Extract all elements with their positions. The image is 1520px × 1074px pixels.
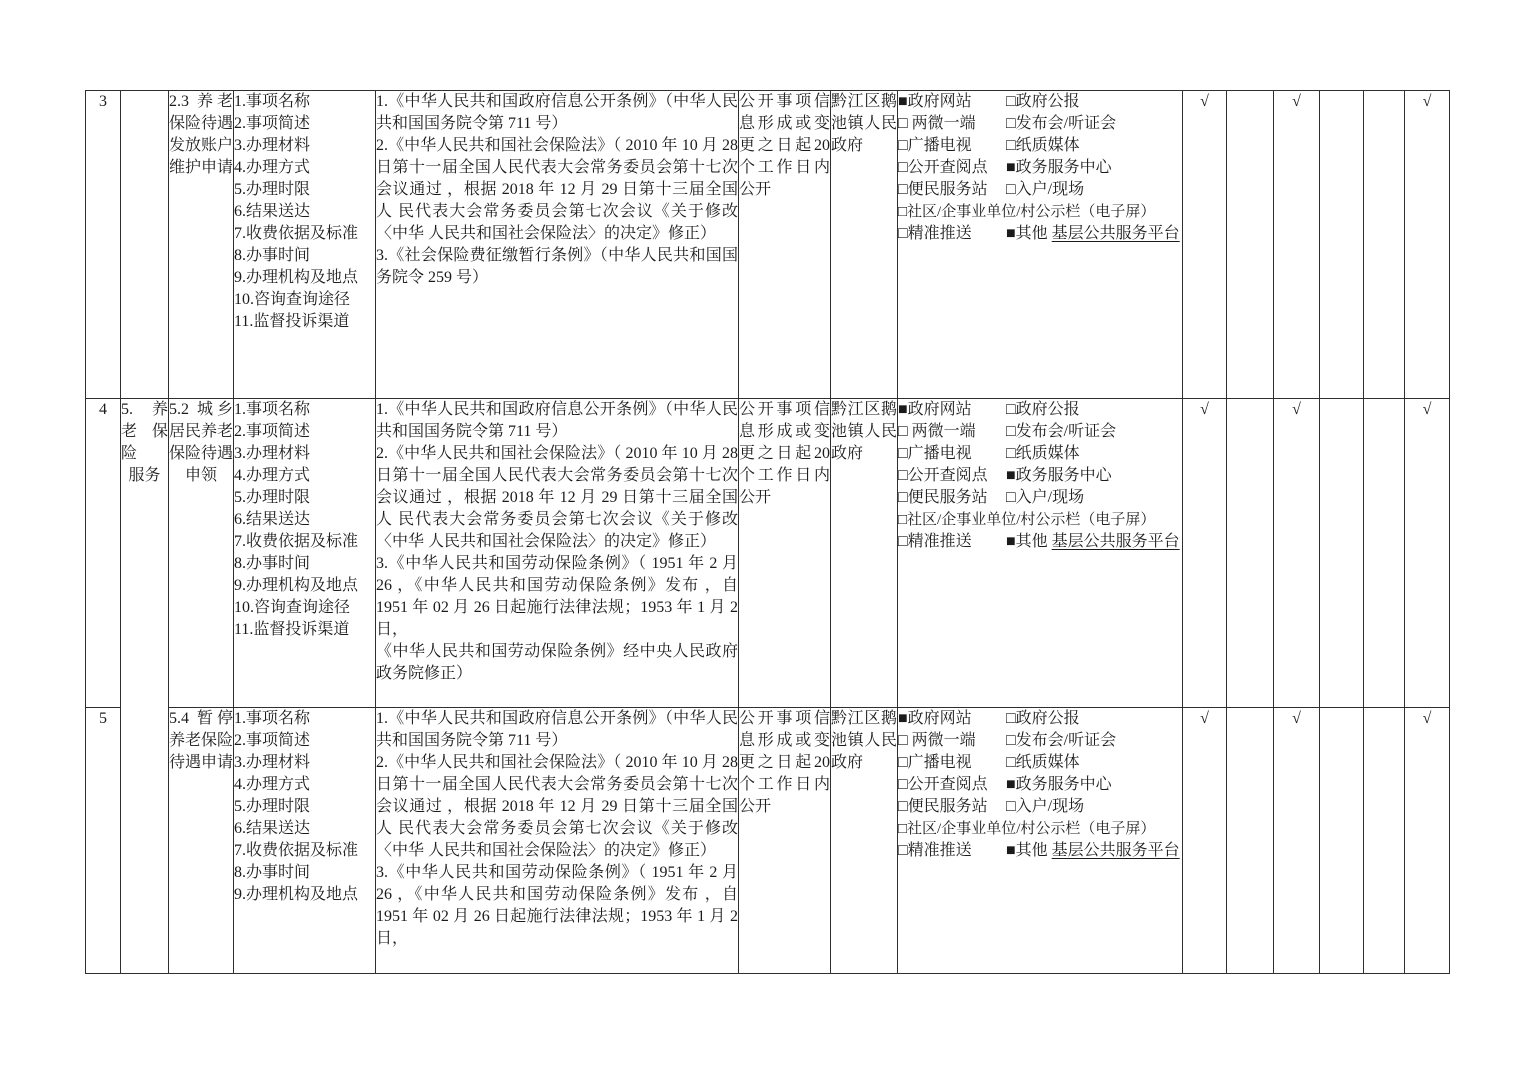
check-cell — [1227, 91, 1274, 399]
check-cell — [1320, 91, 1364, 399]
check-cell — [1227, 399, 1274, 708]
publish-time-cell: 公开事项信息形成或变更之日起20 个工作日内 公开 — [739, 399, 831, 708]
channel-option: □发布会/听证会 — [1006, 115, 1116, 132]
check-mark: √ — [1423, 401, 1432, 418]
check-mark: √ — [1200, 710, 1209, 727]
publish-subject: 黔江区鹅池镇人民政府 — [831, 401, 897, 462]
channel-option: □精准推送 — [898, 840, 1006, 862]
content-item: 9.办理机构及地点 — [234, 267, 375, 289]
channel-option: □发布会/听证会 — [1006, 423, 1116, 440]
legal-basis-cell: 1.《中华人民共和国政府信息公开条例》（中华人民 共和国国务院令第 711 号）… — [376, 708, 739, 974]
category-label: 5. 养老保险 — [121, 399, 168, 465]
channel-option: □社区/企事业单位/村公示栏（电子屏） — [898, 201, 1182, 223]
legal-paragraph: 3.《中华人民共和国劳动保险条例》（ 1951 年 2 月 26 ，《中华人民共… — [376, 553, 738, 641]
check-cell — [1364, 91, 1405, 399]
content-item: 2.事项简述 — [234, 730, 375, 752]
content-item: 7.收费依据及标准 — [234, 531, 375, 553]
check-cell — [1320, 399, 1364, 708]
content-item: 5.办理时限 — [234, 487, 375, 509]
check-cell: √ — [1183, 708, 1227, 974]
publish-subject-cell: 黔江区鹅池镇人民政府 — [831, 708, 898, 974]
seq-number: 5 — [99, 710, 107, 727]
content-item: 9.办理机构及地点 — [234, 884, 375, 906]
content-item: 6.结果送达 — [234, 818, 375, 840]
channels-cell: ■政府网站□政府公报 □ 两微一端□发布会/听证会 □广播电视□纸质媒体 □公开… — [898, 399, 1183, 708]
legal-paragraph: 3.《社会保险费征缴暂行条例》（中华人民共和国国务院令 259 号） — [376, 245, 738, 289]
check-cell — [1364, 399, 1405, 708]
check-cell: √ — [1405, 399, 1450, 708]
check-mark: √ — [1423, 93, 1432, 110]
check-mark: √ — [1292, 401, 1301, 418]
content-item: 3.办理材料 — [234, 135, 375, 157]
item-name: 2.3 养老保险待遇发放账户维护申请 — [169, 93, 233, 176]
channel-option: □纸质媒体 — [1006, 754, 1080, 771]
check-cell: √ — [1274, 399, 1320, 708]
channel-option: □便民服务站 — [898, 487, 1006, 509]
channel-option: □入户/现场 — [1006, 798, 1084, 815]
content-elements-cell: 1.事项名称 2.事项简述 3.办理材料 4.办理方式 5.办理时限 6.结果送… — [234, 708, 376, 974]
item-name-cell: 5.2 城乡居民养老保险待遇申领 — [169, 399, 234, 708]
channel-option: ■政务服务中心 — [1006, 776, 1112, 793]
channel-option: □ 两微一端 — [898, 730, 1006, 752]
content-item: 4.办理方式 — [234, 774, 375, 796]
channel-option: □ 两微一端 — [898, 113, 1006, 135]
channel-option: □广播电视 — [898, 135, 1006, 157]
channel-option: □纸质媒体 — [1006, 137, 1080, 154]
content-item: 1.事项名称 — [234, 91, 375, 113]
legal-basis-cell: 1.《中华人民共和国政府信息公开条例》（中华人民 共和国国务院令第 711 号）… — [376, 399, 739, 708]
legal-paragraph: 2.《中华人民共和国社会保险法》（ 2010 年 10 月 28 日第十一届全国… — [376, 135, 738, 245]
content-item: 9.办理机构及地点 — [234, 575, 375, 597]
check-cell: √ — [1274, 708, 1320, 974]
table-row: 4 5. 养老保险 服务 5.2 城乡居民养老保险待遇申领 1.事项名称 2.事… — [86, 399, 1450, 708]
channel-option: □便民服务站 — [898, 179, 1006, 201]
content-elements-cell: 1.事项名称 2.事项简述 3.办理材料 4.办理方式 5.办理时限 6.结果送… — [234, 399, 376, 708]
channel-option: ■政府网站 — [898, 708, 1006, 730]
channel-option: □公开查阅点 — [898, 465, 1006, 487]
channel-option: □精准推送 — [898, 531, 1006, 553]
check-mark: √ — [1200, 93, 1209, 110]
channel-other-fill: 基层公共服务平台 — [1052, 842, 1180, 859]
channel-option: ■政务服务中心 — [1006, 159, 1112, 176]
publish-time: 公开事项信息形成或变更之日起20 个工作日内 公开 — [739, 401, 830, 506]
check-cell: √ — [1183, 399, 1227, 708]
content-item: 1.事项名称 — [234, 399, 375, 421]
check-cell — [1364, 708, 1405, 974]
check-cell — [1227, 708, 1274, 974]
channel-option: □便民服务站 — [898, 796, 1006, 818]
legal-paragraph: 2.《中华人民共和国社会保险法》（ 2010 年 10 月 28 日第十一届全国… — [376, 443, 738, 553]
seq-cell: 4 — [86, 399, 121, 708]
content-item: 6.结果送达 — [234, 509, 375, 531]
channel-option: □广播电视 — [898, 752, 1006, 774]
channel-option: □纸质媒体 — [1006, 445, 1080, 462]
channel-option: ■其他 — [1006, 842, 1048, 859]
content-item: 8.办事时间 — [234, 862, 375, 884]
check-mark: √ — [1292, 710, 1301, 727]
content-item: 5.办理时限 — [234, 179, 375, 201]
channel-option: □政府公报 — [1006, 710, 1080, 727]
channels-cell: ■政府网站□政府公报 □ 两微一端□发布会/听证会 □广播电视□纸质媒体 □公开… — [898, 708, 1183, 974]
legal-paragraph: 3.《中华人民共和国劳动保险条例》（ 1951 年 2 月 26 ，《中华人民共… — [376, 862, 738, 950]
channel-other-fill: 基层公共服务平台 — [1052, 225, 1180, 242]
publish-time-cell: 公开事项信息形成或变更之日起20 个工作日内 公开 — [739, 91, 831, 399]
check-mark: √ — [1423, 710, 1432, 727]
seq-number: 3 — [99, 93, 107, 110]
content-item: 6.结果送达 — [234, 201, 375, 223]
disclosure-table: 3 2.3 养老保险待遇发放账户维护申请 1.事项名称 2.事项简述 3.办理材… — [85, 90, 1450, 974]
channel-option: □发布会/听证会 — [1006, 732, 1116, 749]
channel-option: □入户/现场 — [1006, 489, 1084, 506]
publish-time: 公开事项信息形成或变更之日起20 个工作日内 公开 — [739, 710, 830, 815]
check-cell: √ — [1183, 91, 1227, 399]
legal-paragraph: 1.《中华人民共和国政府信息公开条例》（中华人民 共和国国务院令第 711 号） — [376, 399, 738, 443]
channel-option: □政府公报 — [1006, 93, 1080, 110]
content-item: 3.办理材料 — [234, 443, 375, 465]
publish-time-cell: 公开事项信息形成或变更之日起20 个工作日内 公开 — [739, 708, 831, 974]
item-name: 5.2 城乡居民养老保险待遇申领 — [169, 401, 233, 484]
content-item: 3.办理材料 — [234, 752, 375, 774]
check-cell: √ — [1405, 91, 1450, 399]
legal-paragraph: 1.《中华人民共和国政府信息公开条例》（中华人民 共和国国务院令第 711 号） — [376, 91, 738, 135]
item-name-cell: 5.4 暂停养老保险待遇申请 — [169, 708, 234, 974]
channel-option: ■政府网站 — [898, 399, 1006, 421]
channel-option: ■其他 — [1006, 225, 1048, 242]
content-item: 4.办理方式 — [234, 465, 375, 487]
content-item: 1.事项名称 — [234, 708, 375, 730]
channel-option: □广播电视 — [898, 443, 1006, 465]
content-item: 7.收费依据及标准 — [234, 223, 375, 245]
content-item: 8.办事时间 — [234, 553, 375, 575]
table-row: 5 5.4 暂停养老保险待遇申请 1.事项名称 2.事项简述 3.办理材料 4.… — [86, 708, 1450, 974]
seq-cell: 3 — [86, 91, 121, 399]
content-item: 11.监督投诉渠道 — [234, 311, 375, 333]
publish-subject: 黔江区鹅池镇人民政府 — [831, 93, 897, 154]
content-item: 10.咨询查询途径 — [234, 289, 375, 311]
content-item: 2.事项简述 — [234, 421, 375, 443]
content-item: 4.办理方式 — [234, 157, 375, 179]
channel-option: □精准推送 — [898, 223, 1006, 245]
legal-paragraph: 2.《中华人民共和国社会保险法》（ 2010 年 10 月 28 日第十一届全国… — [376, 752, 738, 862]
channel-option: □公开查阅点 — [898, 157, 1006, 179]
content-item: 8.办事时间 — [234, 245, 375, 267]
channel-option: □社区/企事业单位/村公示栏（电子屏） — [898, 818, 1182, 840]
check-cell — [1320, 708, 1364, 974]
check-cell: √ — [1274, 91, 1320, 399]
publish-subject: 黔江区鹅池镇人民政府 — [831, 710, 897, 771]
seq-number: 4 — [99, 401, 107, 418]
channel-option: ■政府网站 — [898, 91, 1006, 113]
check-mark: √ — [1292, 93, 1301, 110]
check-mark: √ — [1200, 401, 1209, 418]
category-label: 服务 — [121, 465, 168, 487]
publish-time: 公开事项信息形成或变更之日起20 个工作日内 公开 — [739, 93, 830, 198]
content-item: 7.收费依据及标准 — [234, 840, 375, 862]
channel-option: ■政务服务中心 — [1006, 467, 1112, 484]
channels-cell: ■政府网站□政府公报 □ 两微一端□发布会/听证会 □广播电视□纸质媒体 □公开… — [898, 91, 1183, 399]
document-page: 3 2.3 养老保险待遇发放账户维护申请 1.事项名称 2.事项简述 3.办理材… — [0, 0, 1520, 1074]
publish-subject-cell: 黔江区鹅池镇人民政府 — [831, 399, 898, 708]
channel-option: □公开查阅点 — [898, 774, 1006, 796]
channel-other-fill: 基层公共服务平台 — [1052, 533, 1180, 550]
channel-option: □社区/企事业单位/村公示栏（电子屏） — [898, 509, 1182, 531]
content-item: 2.事项简述 — [234, 113, 375, 135]
item-name: 5.4 暂停养老保险待遇申请 — [169, 710, 233, 771]
seq-cell: 5 — [86, 708, 121, 974]
publish-subject-cell: 黔江区鹅池镇人民政府 — [831, 91, 898, 399]
legal-basis-cell: 1.《中华人民共和国政府信息公开条例》（中华人民 共和国国务院令第 711 号）… — [376, 91, 739, 399]
table-row: 3 2.3 养老保险待遇发放账户维护申请 1.事项名称 2.事项简述 3.办理材… — [86, 91, 1450, 399]
check-cell: √ — [1405, 708, 1450, 974]
legal-paragraph: 《中华人民共和国劳动保险条例》经中央人民政府政务院修正） — [376, 641, 738, 685]
channel-option: ■其他 — [1006, 533, 1048, 550]
content-item: 10.咨询查询途径 — [234, 597, 375, 619]
content-elements-cell: 1.事项名称 2.事项简述 3.办理材料 4.办理方式 5.办理时限 6.结果送… — [234, 91, 376, 399]
legal-paragraph: 1.《中华人民共和国政府信息公开条例》（中华人民 共和国国务院令第 711 号） — [376, 708, 738, 752]
channel-option: □入户/现场 — [1006, 181, 1084, 198]
content-item: 11.监督投诉渠道 — [234, 619, 375, 641]
channel-option: □政府公报 — [1006, 401, 1080, 418]
content-item: 5.办理时限 — [234, 796, 375, 818]
channel-option: □ 两微一端 — [898, 421, 1006, 443]
category-cell-empty — [121, 91, 169, 399]
category-cell: 5. 养老保险 服务 — [121, 399, 169, 974]
item-name-cell: 2.3 养老保险待遇发放账户维护申请 — [169, 91, 234, 399]
